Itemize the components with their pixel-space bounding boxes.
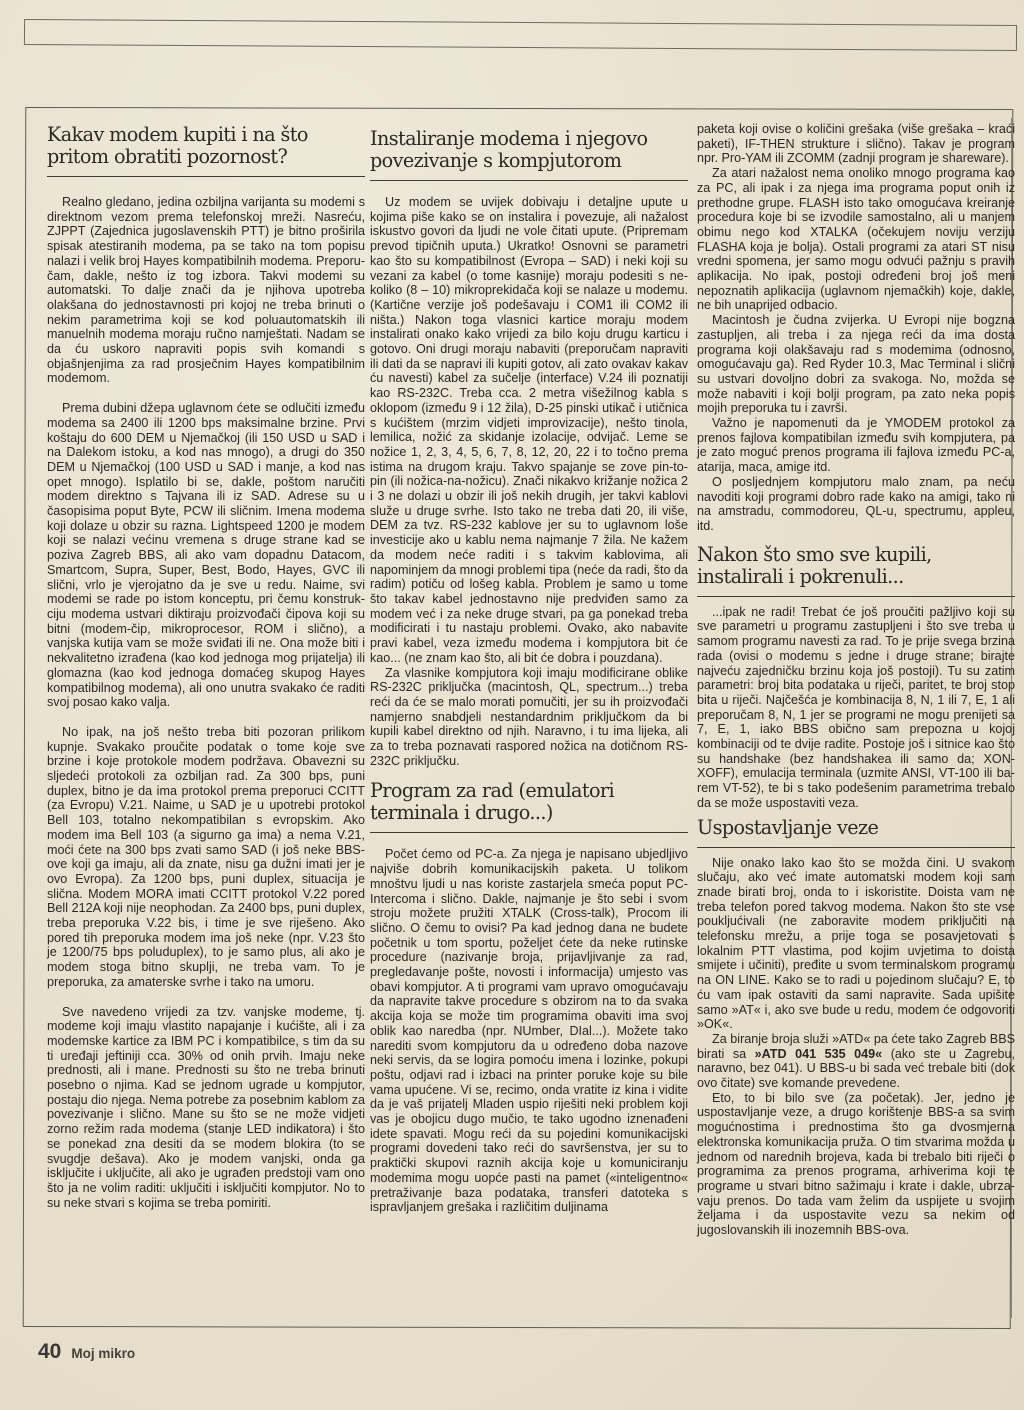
dial-command: »ATD 041 535 049« xyxy=(755,1047,883,1061)
page-footer: 40 Moj mikro xyxy=(38,1340,135,1364)
column-2: Instaliranje modema i njegovo povezivanj… xyxy=(370,122,688,1215)
paragraph: ...ipak ne radi! Trebat će još proučiti … xyxy=(697,605,1015,811)
paragraph: Počet ćemo od PC-a. Za njega je napisano… xyxy=(370,847,688,1215)
paragraph: No ipak, na još nešto treba biti pozoran… xyxy=(47,725,365,990)
section-heading-after-setup: Nakon što smo sve kupili, instalirali i … xyxy=(697,544,1015,597)
paragraph: Eto, to bi bilo sve (za početak). Jer, j… xyxy=(697,1091,1015,1238)
paragraph: Uz modem se uvijek dobivaju i detaljne u… xyxy=(370,195,688,666)
paragraph: Važno je napomenuti da je YMODEM protoko… xyxy=(697,416,1015,475)
paragraph: Realno gledano, jedina ozbiljna varijant… xyxy=(47,195,365,386)
section-heading-terminal-programs: Program za rad (emulatori terminala i dr… xyxy=(370,780,688,833)
paragraph: Za atari nažalost nema onoliko mnogo pro… xyxy=(697,166,1015,313)
paragraph-dial-command: Za biranje broja služi »ATD« pa ćete tak… xyxy=(697,1032,1015,1091)
paragraph: O posljednjem kompjutoru malo znam, pa n… xyxy=(697,475,1015,534)
magazine-name: Moj mikro xyxy=(71,1346,135,1361)
section-heading-buying-modem: Kakav modem kupiti i na što pritom obrat… xyxy=(47,124,365,177)
header-box xyxy=(24,19,1017,51)
section-heading-establishing-connection: Uspostavljanje veze xyxy=(697,817,1015,848)
section-heading-installing-modem: Instaliranje modema i njegovo povezivanj… xyxy=(370,128,688,181)
paragraph: Macintosh je čudna zvijerka. U Evropi ni… xyxy=(697,313,1015,416)
paragraph: Sve navedeno vrijedi za tzv. vanjske mod… xyxy=(47,1005,365,1211)
paragraph: paketa koji ovise o količini grešaka (vi… xyxy=(697,122,1015,166)
column-3: paketa koji ovise o količini grešaka (vi… xyxy=(697,122,1015,1238)
column-1: Kakav modem kupiti i na što pritom obrat… xyxy=(47,118,365,1210)
paragraph: Za vlasnike kompjutora koji imaju modifi… xyxy=(370,666,688,769)
paragraph: Prema dubini džepa uglavnom ćete se odlu… xyxy=(47,401,365,710)
page-number: 40 xyxy=(38,1340,61,1364)
paragraph: Nije onako lako kao što se možda čini. U… xyxy=(697,856,1015,1032)
